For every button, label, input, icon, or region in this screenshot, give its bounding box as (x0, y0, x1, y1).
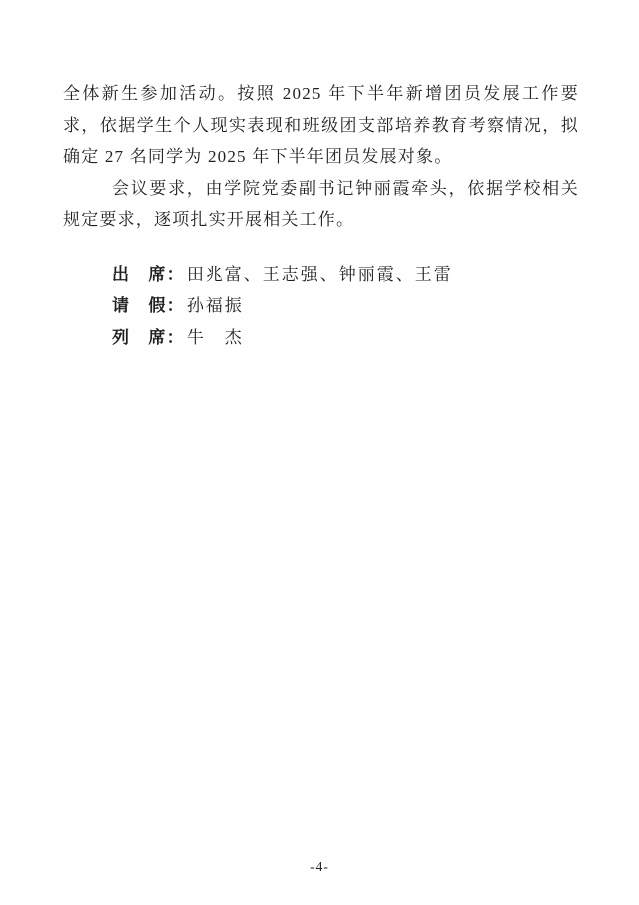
attendance-list: 出 席：田兆富、王志强、钟丽霞、王雷 请 假：孙福振 列 席：牛 杰 (63, 259, 579, 354)
attendance-row-observer: 列 席：牛 杰 (112, 322, 579, 354)
document-page: 全体新生参加活动。按照 2025 年下半年新增团员发展工作要求，依据学生个人现实… (0, 0, 639, 905)
attendance-names-present: 田兆富、王志强、钟丽霞、王雷 (187, 265, 453, 284)
attendance-label-excused: 请 假： (112, 296, 185, 315)
attendance-label-present: 出 席： (112, 265, 185, 284)
page-number: -4- (0, 857, 639, 877)
document-body: 全体新生参加活动。按照 2025 年下半年新增团员发展工作要求，依据学生个人现实… (63, 78, 579, 353)
paragraph-membership-development: 全体新生参加活动。按照 2025 年下半年新增团员发展工作要求，依据学生个人现实… (63, 78, 579, 173)
attendance-label-observer: 列 席： (112, 328, 185, 347)
paragraph-meeting-requirements: 会议要求，由学院党委副书记钟丽霞牵头，依据学校相关规定要求，逐项扎实开展相关工作… (63, 173, 579, 236)
attendance-names-excused: 孙福振 (187, 296, 244, 315)
attendance-names-observer: 牛 杰 (187, 328, 244, 347)
attendance-row-excused: 请 假：孙福振 (112, 290, 579, 322)
attendance-row-present: 出 席：田兆富、王志强、钟丽霞、王雷 (112, 259, 579, 291)
